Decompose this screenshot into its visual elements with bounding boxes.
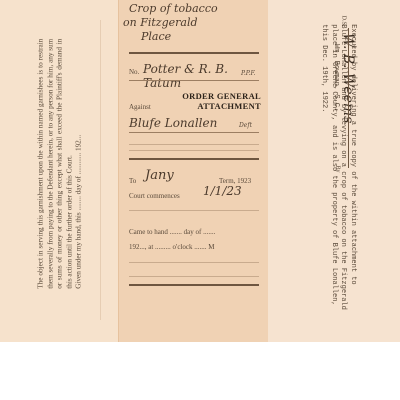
fold-line — [100, 20, 101, 320]
signature-line — [348, 28, 349, 168]
garnishment-instructions: The object in serving this garnishment u… — [36, 39, 84, 289]
plaintiff-underline — [129, 80, 259, 81]
defendant-suffix: Deft — [239, 122, 252, 129]
blank-line — [129, 150, 259, 151]
to-label: To — [129, 177, 136, 185]
divider — [129, 52, 259, 54]
divider — [129, 284, 259, 286]
no-label: No. — [129, 68, 139, 76]
handwritten-note-line-3: Place — [141, 30, 271, 43]
handwritten-note-line-1: Crop of tobacco — [129, 2, 259, 15]
given-under-hand-line: Given under my hand, this ........ day o… — [74, 135, 82, 289]
handwritten-note-line-2: on Fitzgerald — [123, 16, 253, 29]
document-title-line-1: ORDER GENERAL — [171, 91, 261, 101]
came-to-hand-line: Came to hand ....... day of ....... — [129, 228, 215, 236]
court-commences-label: Court commences — [129, 192, 180, 200]
divider — [129, 158, 259, 160]
garnishment-text: The object in serving this garnishment u… — [36, 39, 73, 289]
time-line: 192..., at ......... o'clock ....... M — [129, 243, 214, 251]
plaintiff-suffix: P.P.F. — [241, 70, 256, 77]
left-panel: The object in serving this garnishment u… — [0, 0, 118, 342]
by-label: By — [335, 165, 341, 172]
blank-line — [129, 144, 259, 145]
right-panel: Executed by delivering a true copy of th… — [268, 0, 400, 342]
defendant-name: Blufe Lonallen — [129, 116, 217, 130]
center-panel: Crop of tobacco on Fitzgerald Place No. … — [118, 0, 270, 342]
blank-line — [129, 210, 259, 211]
document-title-line-2: ATTACHMENT — [171, 101, 261, 111]
against-label: Against — [129, 103, 151, 111]
blank-line — [129, 276, 259, 277]
blank-line — [129, 262, 259, 263]
attachment-document: The object in serving this garnishment u… — [0, 0, 400, 342]
deputy-label: D.S. — [340, 16, 346, 27]
term-month: Jany — [145, 168, 174, 183]
court-commences-date: 1/1/23 — [203, 184, 242, 198]
defendant-underline — [129, 132, 259, 133]
signature-block: W. B. Weems — [338, 30, 358, 170]
